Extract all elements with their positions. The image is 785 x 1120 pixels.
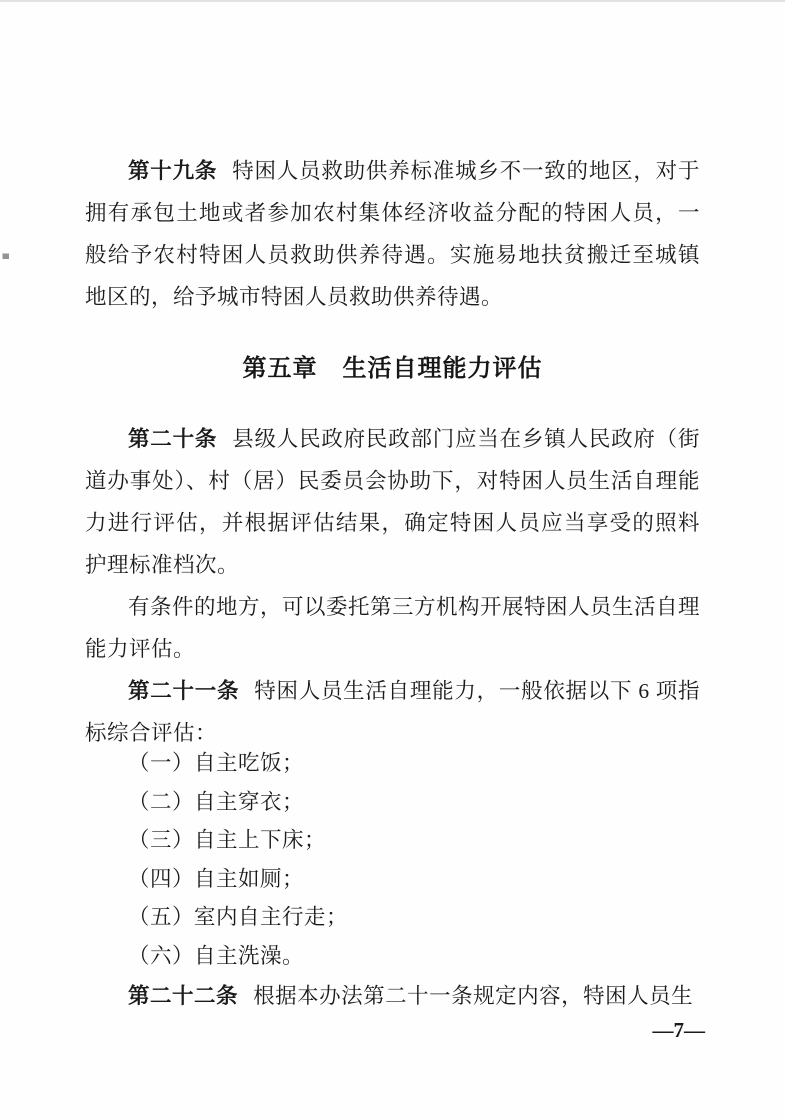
article-19-paragraph: 第十九条特困人员救助供养标准城乡不一致的地区，对于拥有承包土地或者参加农村集体经…: [85, 150, 700, 318]
article-20-number: 第二十条: [128, 427, 217, 451]
list-item-2: （二）自主穿衣；: [85, 783, 700, 822]
chapter-5-heading: 第五章 生活自理能力评估: [85, 352, 700, 386]
article-20-paragraph: 第二十条县级人民政府民政部门应当在乡镇人民政府（街道办事处）、村（居）民委员会协…: [85, 418, 700, 586]
list-item-5: （五）室内自主行走；: [85, 898, 700, 937]
list-item-4: （四）自主如厕；: [85, 860, 700, 899]
list-item-1: （一）自主吃饭；: [85, 744, 700, 783]
list-item-3: （三）自主上下床；: [85, 821, 700, 860]
scan-artifact-speck: [2, 253, 9, 259]
article-19-number: 第十九条: [128, 159, 217, 183]
list-item-6: （六）自主洗澡。: [85, 937, 700, 976]
page-number: —7—: [653, 1018, 706, 1042]
document-page: 第十九条特困人员救助供养标准城乡不一致的地区，对于拥有承包土地或者参加农村集体经…: [0, 0, 785, 1120]
article-22-paragraph: 第二十二条根据本办法第二十一条规定内容，特困人员生: [85, 975, 700, 1017]
document-content: 第十九条特困人员救助供养标准城乡不一致的地区，对于拥有承包土地或者参加农村集体经…: [85, 0, 700, 1017]
article-21-number: 第二十一条: [128, 679, 239, 703]
article-21-paragraph: 第二十一条特困人员生活自理能力，一般依据以下 6 项指标综合评估：: [85, 670, 700, 754]
assessment-indicator-list: （一）自主吃饭； （二）自主穿衣； （三）自主上下床； （四）自主如厕； （五）…: [85, 744, 700, 975]
article-22-text: 根据本办法第二十一条规定内容，特困人员生: [253, 984, 693, 1008]
article-22-number: 第二十二条: [128, 984, 238, 1008]
article-20-second-paragraph: 有条件的地方，可以委托第三方机构开展特困人员生活自理能力评估。: [85, 586, 700, 670]
